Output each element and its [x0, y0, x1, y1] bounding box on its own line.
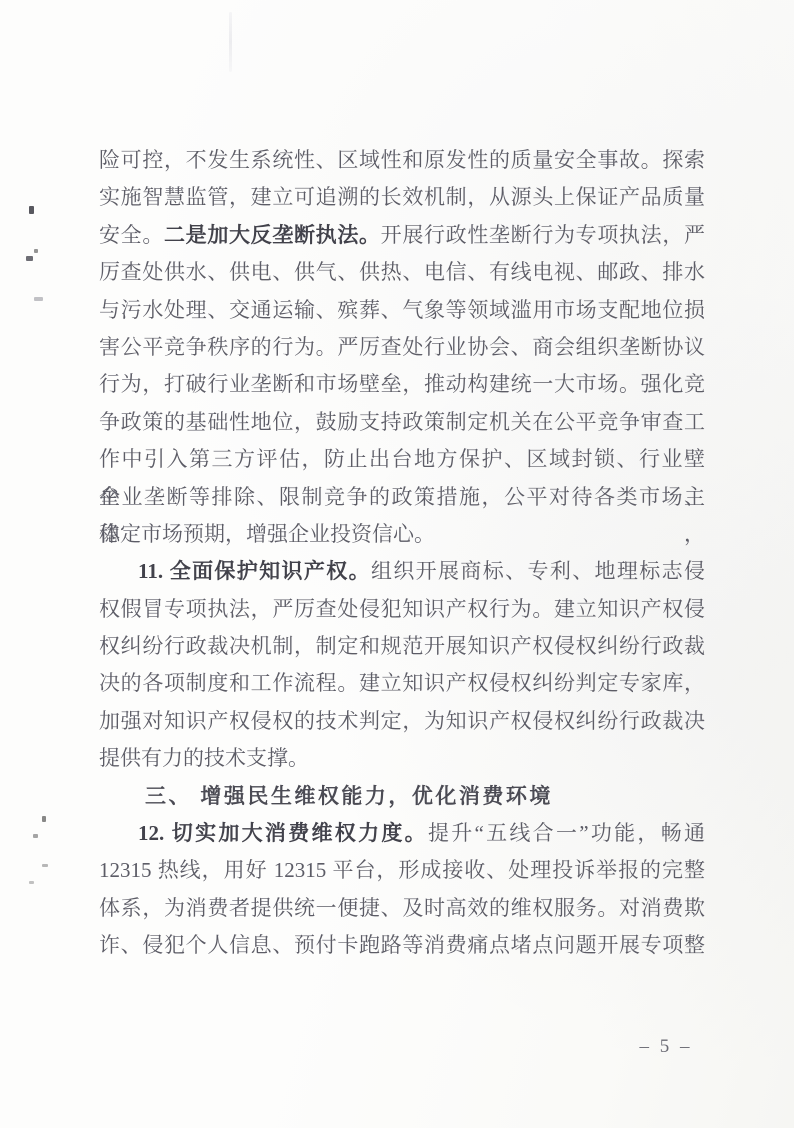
text-line: 实施智慧监管，建立可追溯的长效机制，从源头上保证产品质量 [99, 179, 705, 216]
body-text: 体系，为消费者提供统一便捷、及时高效的维权服务。对消费欺 [99, 896, 705, 920]
body-text: 稳定市场预期，增强企业投资信心。 [99, 522, 435, 546]
page-number: – 5 – [626, 1036, 706, 1058]
text-line: 企业垄断等排除、限制竞争的政策措施，公平对待各类市场主体， [99, 479, 705, 516]
body-text: 开展行政性垄断行为专项执法，严 [381, 223, 705, 247]
scan-speck [26, 256, 33, 261]
body-text: 决的各项制度和工作流程。建立知识产权侵权纠纷判定专家库， [99, 671, 705, 695]
document-text: 险可控，不发生系统性、区域性和原发性的质量安全事故。探索实施智慧监管，建立可追溯… [99, 142, 705, 965]
body-text: 行为，打破行业垄断和市场壁垒，推动构建统一大市场。强化竞 [99, 372, 705, 396]
text-line: 行为，打破行业垄断和市场壁垒，推动构建统一大市场。强化竞 [99, 366, 705, 403]
text-line: 诈、侵犯个人信息、预付卡跑路等消费痛点堵点问题开展专项整 [99, 927, 705, 964]
text-line: 争政策的基础性地位，鼓励支持政策制定机关在公平竞争审查工 [99, 404, 705, 441]
emphasis-text: 二是加大反垄断执法。 [164, 223, 381, 247]
scan-speck [34, 297, 43, 301]
text-line: 12. 切实加大消费维权力度。提升“五线合一”功能，畅通 [99, 815, 705, 852]
text-line: 与污水处理、交通运输、殡葬、气象等领域滥用市场支配地位损 [99, 292, 705, 329]
scan-speck [34, 249, 38, 253]
text-line: 提供有力的技术支撑。 [99, 740, 705, 777]
emphasis-text: 11. 全面保护知识产权。 [138, 559, 371, 583]
body-text: 加强对知识产权侵权的技术判定，为知识产权侵权纠纷行政裁决 [99, 709, 705, 733]
text-line: 安全。二是加大反垄断执法。开展行政性垄断行为专项执法，严 [99, 217, 705, 254]
body-text: 12315 热线，用好 12315 平台，形成接收、处理投诉举报的完整 [99, 858, 705, 882]
body-text: 组织开展商标、专利、地理标志侵 [371, 559, 705, 583]
text-line: 权假冒专项执法，严厉查处侵犯知识产权行为。建立知识产权侵 [99, 591, 705, 628]
text-line: 12315 热线，用好 12315 平台，形成接收、处理投诉举报的完整 [99, 852, 705, 889]
scan-speck [29, 206, 34, 214]
scan-speck [29, 881, 34, 884]
scan-speck [42, 864, 48, 867]
body-text: 害公平竞争秩序的行为。严厉查处行业协会、商会组织垄断协议 [99, 335, 705, 359]
text-line: 作中引入第三方评估，防止出台地方保护、区域封锁、行业壁垒、 [99, 441, 705, 478]
text-line: 加强对知识产权侵权的技术判定，为知识产权侵权纠纷行政裁决 [99, 703, 705, 740]
body-text: 与污水处理、交通运输、殡葬、气象等领域滥用市场支配地位损 [99, 298, 705, 322]
body-text: 实施智慧监管，建立可追溯的长效机制，从源头上保证产品质量 [99, 185, 705, 209]
body-text: 提升“五线合一”功能，畅通 [428, 821, 705, 845]
body-text: 争政策的基础性地位，鼓励支持政策制定机关在公平竞争审查工 [99, 410, 705, 434]
body-text: 厉查处供水、供电、供气、供热、电信、有线电视、邮政、排水 [99, 260, 705, 284]
text-line: 险可控，不发生系统性、区域性和原发性的质量安全事故。探索 [99, 142, 705, 179]
scan-speck [42, 816, 46, 822]
heading-text: 三、 增强民生维权能力，优化消费环境 [145, 785, 553, 808]
text-line: 11. 全面保护知识产权。组织开展商标、专利、地理标志侵 [99, 553, 705, 590]
emphasis-text: 12. 切实加大消费维权力度。 [138, 821, 428, 845]
body-text: 权纠纷行政裁决机制，制定和规范开展知识产权侵权纠纷行政裁 [99, 634, 705, 658]
text-line: 害公平竞争秩序的行为。严厉查处行业协会、商会组织垄断协议 [99, 329, 705, 366]
text-line: 权纠纷行政裁决机制，制定和规范开展知识产权侵权纠纷行政裁 [99, 628, 705, 665]
scan-smudge [229, 12, 232, 72]
scanned-document-page: 险可控，不发生系统性、区域性和原发性的质量安全事故。探索实施智慧监管，建立可追溯… [0, 0, 794, 1128]
body-text: 权假冒专项执法，严厉查处侵犯知识产权行为。建立知识产权侵 [99, 597, 705, 621]
section-heading: 三、 增强民生维权能力，优化消费环境 [99, 778, 705, 815]
scan-speck [33, 834, 38, 838]
text-line: 体系，为消费者提供统一便捷、及时高效的维权服务。对消费欺 [99, 890, 705, 927]
body-text: 诈、侵犯个人信息、预付卡跑路等消费痛点堵点问题开展专项整 [99, 933, 705, 957]
body-text: 安全。 [99, 223, 164, 247]
text-line: 决的各项制度和工作流程。建立知识产权侵权纠纷判定专家库， [99, 665, 705, 702]
text-line: 厉查处供水、供电、供气、供热、电信、有线电视、邮政、排水 [99, 254, 705, 291]
body-text: 险可控，不发生系统性、区域性和原发性的质量安全事故。探索 [99, 148, 705, 172]
body-text: 提供有力的技术支撑。 [99, 746, 309, 770]
